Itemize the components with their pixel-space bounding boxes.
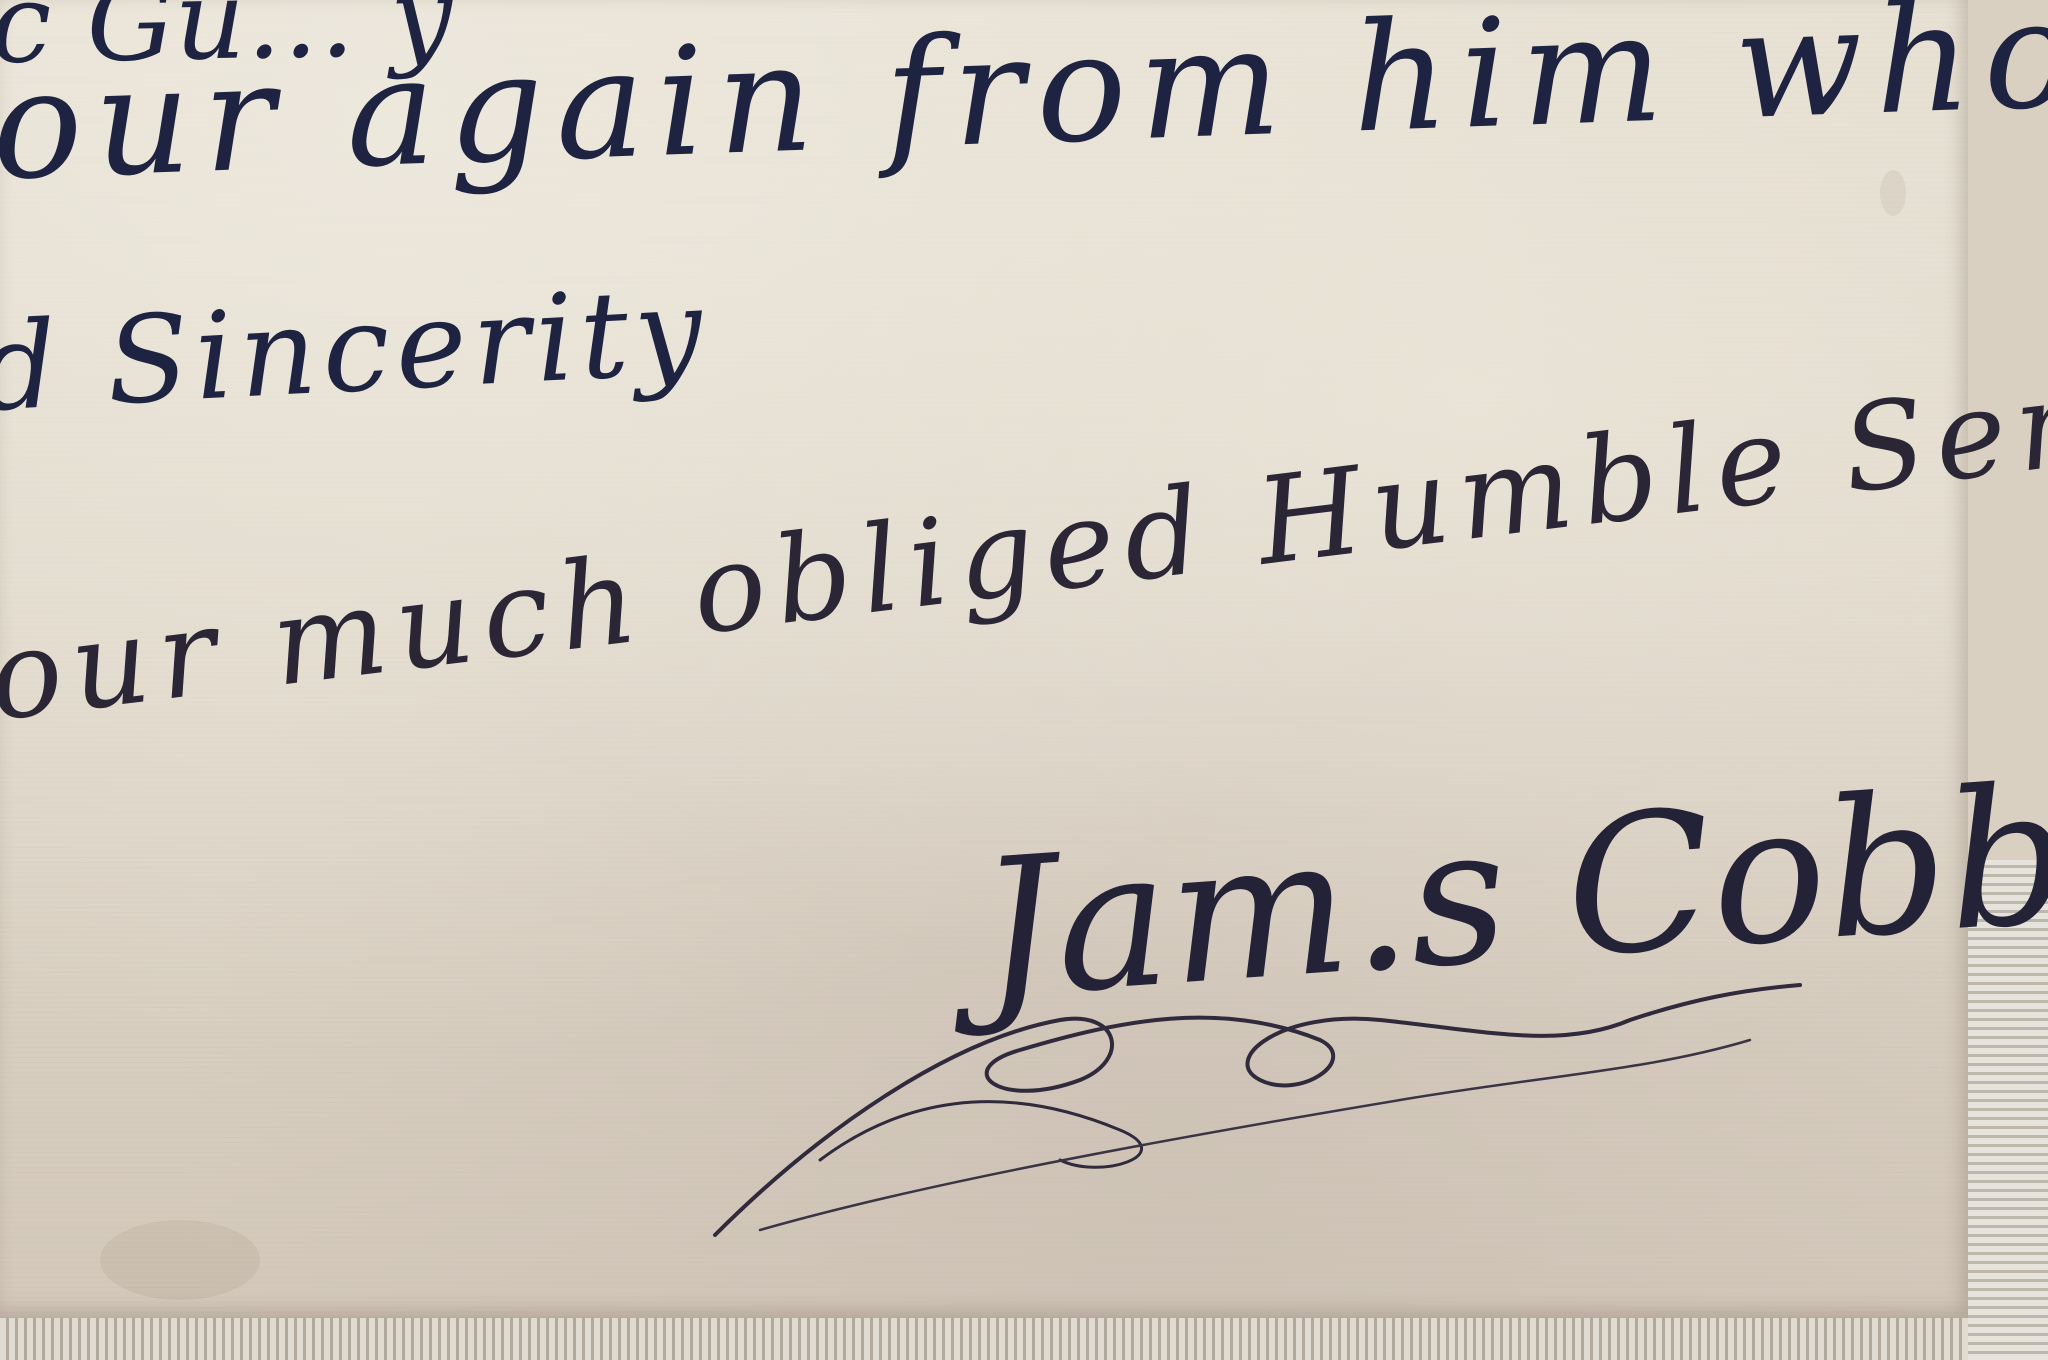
paper-stain <box>1880 170 1906 216</box>
paper-stain <box>100 1220 260 1300</box>
signature-flourish-icon <box>700 980 1850 1240</box>
mat-stitching-bottom <box>0 1318 1968 1360</box>
